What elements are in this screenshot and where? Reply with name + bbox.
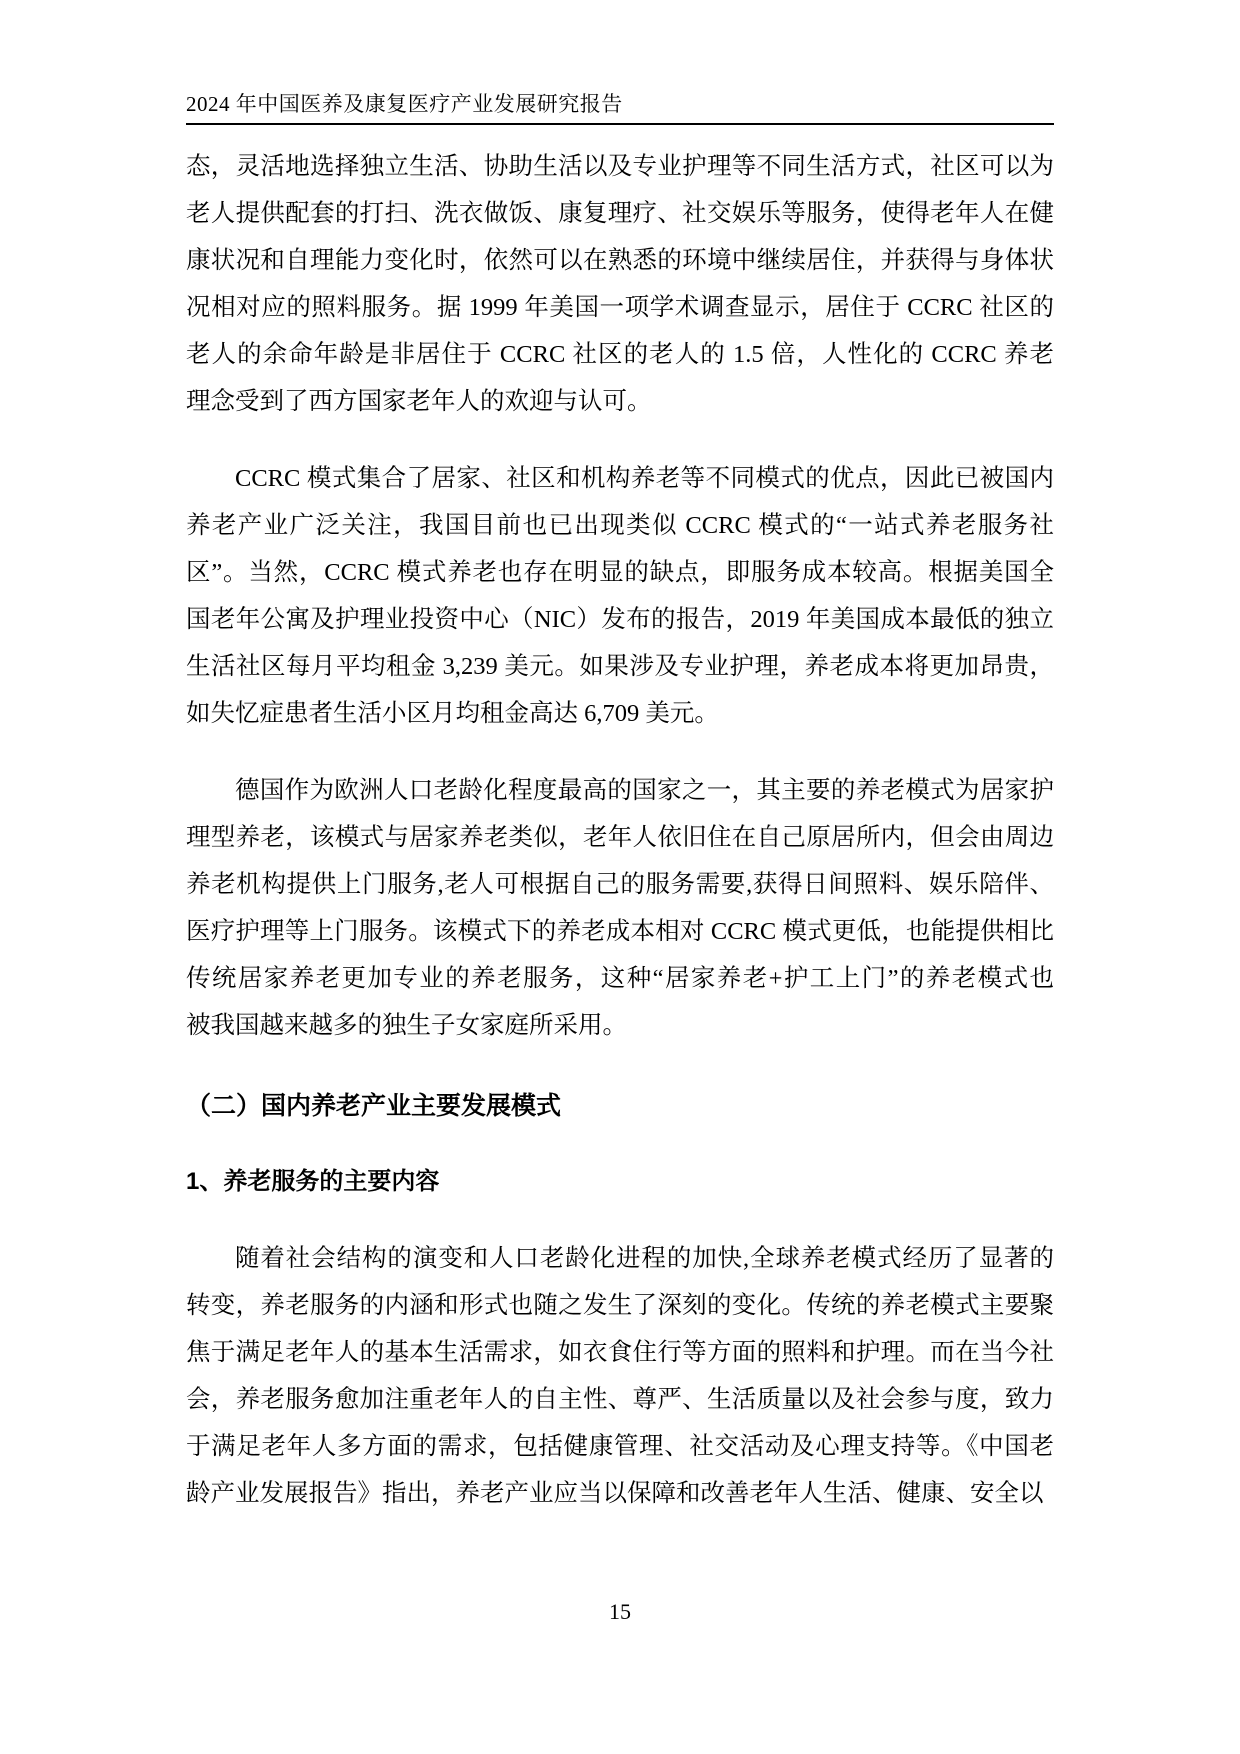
paragraph-line: 理型养老，该模式与居家养老类似，老年人依旧住在自己原居所内，但会由周边 [186, 814, 1054, 861]
paragraph-line: 会，养老服务愈加注重老年人的自主性、尊严、生活质量以及社会参与度，致力 [186, 1376, 1054, 1423]
paragraph-line: 老人提供配套的打扫、洗衣做饭、康复理疗、社交娱乐等服务，使得老年人在健 [186, 190, 1054, 237]
paragraph-line: 随着社会结构的演变和人口老龄化进程的加快,全球养老模式经历了显著的 [186, 1235, 1054, 1282]
page-footer: 15 [0, 1598, 1240, 1626]
paragraph-line: 况相对应的照料服务。据 1999 年美国一项学术调查显示，居住于 CCRC 社区… [186, 284, 1054, 331]
paragraph-line: 于满足老年人多方面的需求，包括健康管理、社交活动及心理支持等。《中国老 [186, 1423, 1054, 1470]
paragraph-line: 区”。当然，CCRC 模式养老也存在明显的缺点，即服务成本较高。根据美国全 [186, 549, 1054, 596]
paragraph-line: 理念受到了西方国家老年人的欢迎与认可。 [186, 378, 1054, 425]
paragraph-line: 国老年公寓及护理业投资中心（NIC）发布的报告，2019 年美国成本最低的独立 [186, 596, 1054, 643]
paragraph: 随着社会结构的演变和人口老龄化进程的加快,全球养老模式经历了显著的转变，养老服务… [186, 1235, 1054, 1517]
report-page: 2024 年中国医养及康复医疗产业发展研究报告 态，灵活地选择独立生活、协助生活… [0, 0, 1240, 1754]
subsection-heading: 1、养老服务的主要内容 [186, 1158, 1054, 1205]
paragraph-line: 医疗护理等上门服务。该模式下的养老成本相对 CCRC 模式更低，也能提供相比 [186, 908, 1054, 955]
paragraph-line: 传统居家养老更加专业的养老服务，这种“居家养老+护工上门”的养老模式也 [186, 955, 1054, 1002]
paragraph: 态，灵活地选择独立生活、协助生活以及专业护理等不同生活方式，社区可以为老人提供配… [186, 143, 1054, 425]
paragraph: 德国作为欧洲人口老龄化程度最高的国家之一，其主要的养老模式为居家护理型养老，该模… [186, 767, 1054, 1049]
paragraph-line: 转变，养老服务的内涵和形式也随之发生了深刻的变化。传统的养老模式主要聚 [186, 1282, 1054, 1329]
paragraph: CCRC 模式集合了居家、社区和机构养老等不同模式的优点，因此已被国内养老产业广… [186, 455, 1054, 737]
header-title: 2024 年中国医养及康复医疗产业发展研究报告 [186, 90, 1054, 118]
paragraph-line: 老人的余命年龄是非居住于 CCRC 社区的老人的 1.5 倍，人性化的 CCRC… [186, 331, 1054, 378]
paragraph-line: 被我国越来越多的独生子女家庭所采用。 [186, 1002, 1054, 1049]
paragraph-line: CCRC 模式集合了居家、社区和机构养老等不同模式的优点，因此已被国内 [186, 455, 1054, 502]
paragraph-line: 德国作为欧洲人口老龄化程度最高的国家之一，其主要的养老模式为居家护 [186, 767, 1054, 814]
page-number: 15 [0, 1598, 1240, 1626]
paragraph-line: 生活社区每月平均租金 3,239 美元。如果涉及专业护理，养老成本将更加昂贵， [186, 643, 1054, 690]
paragraph-line: 焦于满足老年人的基本生活需求，如衣食住行等方面的照料和护理。而在当今社 [186, 1329, 1054, 1376]
paragraph-line: 康状况和自理能力变化时，依然可以在熟悉的环境中继续居住，并获得与身体状 [186, 237, 1054, 284]
document-body: 态，灵活地选择独立生活、协助生活以及专业护理等不同生活方式，社区可以为老人提供配… [186, 143, 1054, 1517]
paragraph-line: 态，灵活地选择独立生活、协助生活以及专业护理等不同生活方式，社区可以为 [186, 143, 1054, 190]
paragraph-line: 养老机构提供上门服务,老人可根据自己的服务需要,获得日间照料、娱乐陪伴、 [186, 861, 1054, 908]
section-heading: （二）国内养老产业主要发展模式 [186, 1083, 1054, 1130]
paragraph-line: 龄产业发展报告》指出，养老产业应当以保障和改善老年人生活、健康、安全以 [186, 1470, 1054, 1517]
paragraph-line: 如失忆症患者生活小区月均租金高达 6,709 美元。 [186, 690, 1054, 737]
paragraph-line: 养老产业广泛关注，我国目前也已出现类似 CCRC 模式的“一站式养老服务社 [186, 502, 1054, 549]
page-header: 2024 年中国医养及康复医疗产业发展研究报告 [186, 0, 1054, 125]
